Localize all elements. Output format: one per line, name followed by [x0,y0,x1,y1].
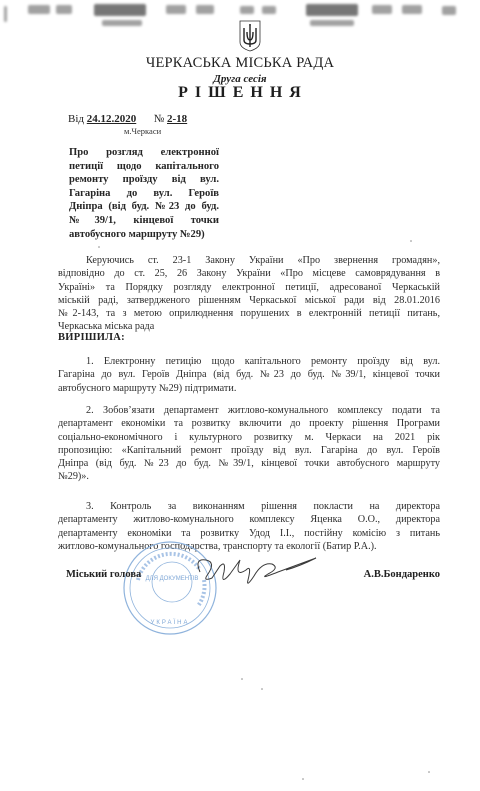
date-prefix: Від [68,113,84,125]
city-label: м.Черкаси [124,126,161,136]
subject-line: ремонту проїзду від вул. [69,173,219,187]
resolved-heading: ВИРІШИЛА: [58,332,125,343]
text-line: автобусного маршруту №29) підтримати. [58,382,440,395]
subject-line: петиції щодо капітального [69,160,219,174]
text-line: міській раді, затвердженого рішенням Чер… [58,294,440,307]
text-line: пропозицію: «Капітальний ремонт проїзду … [58,444,440,457]
text-line: №2-143, та з метою оприлюднення порушени… [58,307,440,320]
text-line: 2. Зобов’язати департамент житлово-комун… [58,404,440,417]
decision-subject: Про розгляд електронної петиції щодо кап… [69,146,219,241]
decision-item-3: 3. Контроль за виконанням рішення поклас… [58,500,440,553]
text-line: Дніпра (від буд. №23 до буд. №39/1, кінц… [58,457,440,470]
text-line: Україні» та Порядку розгляду електронної… [58,281,440,294]
signatory-position: Міський голова [66,569,141,580]
preamble-paragraph: Керуючись ст. 23-1 Закону України «Про з… [58,254,440,334]
text-line: департаменту житлово-комунального компле… [58,513,440,526]
handwritten-signature-icon [190,552,320,592]
text-line: департамент економіки та розвитку включи… [58,417,440,430]
document-type-title: РІШЕННЯ [0,84,480,102]
document-page: ЧЕРКАСЬКА МІСЬКА РАДА Друга сесія РІШЕНН… [0,0,480,791]
subject-line: автобусного маршруту №29) [69,228,219,242]
subject-line: Про розгляд електронної [69,146,219,160]
text-line: відповідно до ст. 25, 26 Закону України … [58,267,440,280]
subject-line: №39/1, кінцевої точки [69,214,219,228]
text-line: №29)». [58,470,440,483]
subject-line: Дніпра (від буд. №23 до буд. [69,200,219,214]
text-line: Гагаріна до вул. Героїв Дніпра (від буд.… [58,368,440,381]
trident-coat-of-arms-icon [239,20,261,52]
date-number-line: Від 24.12.2020 № 2-18 [68,113,187,125]
text-line: 1. Електронну петицію щодо капітального … [58,355,440,368]
text-line: Керуючись ст. 23-1 Закону України «Про з… [58,254,440,267]
text-line: соціально-економічного і культурного роз… [58,431,440,444]
subject-line: Гагаріна до вул. Героїв [69,187,219,201]
signatory-name: А.В.Бондаренко [364,569,440,580]
decision-item-2: 2. Зобов’язати департамент житлово-комун… [58,404,440,484]
svg-text:УКРАЇНА: УКРАЇНА [151,619,190,626]
decision-date: 24.12.2020 [87,113,137,125]
text-line: департаменту економіки та розвитку Удод … [58,527,440,540]
text-line: 3. Контроль за виконанням рішення поклас… [58,500,440,513]
number-prefix: № [154,113,165,125]
council-name: ЧЕРКАСЬКА МІСЬКА РАДА [0,55,480,72]
decision-item-1: 1. Електронну петицію щодо капітального … [58,355,440,395]
decision-number: 2-18 [167,113,187,125]
